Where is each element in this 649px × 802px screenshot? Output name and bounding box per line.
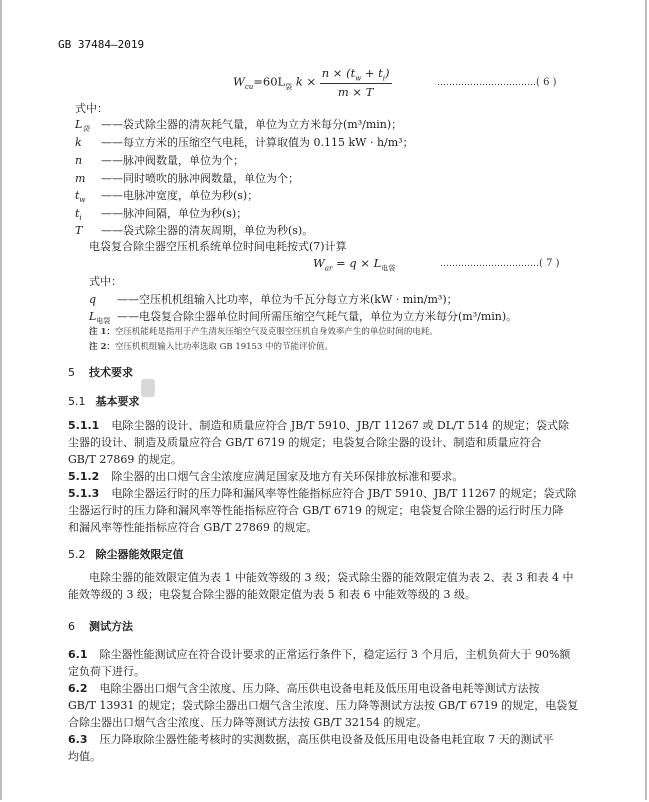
clause-6-1-line: 定负荷下进行。 (68, 665, 145, 679)
clause-6-2-line: 合除尘器出口烟气含尘浓度、压力降等测试方法按 GB/T 32154 的规定。 (68, 716, 427, 730)
symbol: n (75, 154, 101, 168)
note-1: 注 1：空压机能耗是指用于产生清灰压缩空气及克服空压机自身效率产生的单位时间的电… (89, 327, 438, 338)
formula-7-number: ( 7 ) (539, 258, 560, 269)
num-end: ) (385, 66, 390, 80)
formula-6-leader: ……………………………( 6 ) (437, 77, 557, 88)
symbol: tw (75, 189, 101, 207)
where-item: n——脉冲阀数量，单位为个； (75, 154, 244, 168)
definition: ——袋式除尘器的清灰周期，单位为秒(s)。 (101, 224, 313, 237)
where-item: L电袋——电袋复合除尘器单位时间所需压缩空气耗气量，单位为立方米每分(m³/mi… (89, 310, 517, 328)
num-a: n × (t (322, 66, 355, 80)
formula-7: War = q × L电袋 (313, 256, 395, 273)
where-item: k——每立方米的压缩空气电耗，计算取值为 0.115 kW · h/m³； (75, 136, 414, 150)
formula-6-number: ( 6 ) (536, 77, 557, 88)
formula-6-numerator: n × (tw + ti) (320, 66, 392, 84)
section-5-1-heading: 5.1基本要求 (68, 393, 140, 409)
num-mid: + t (361, 66, 383, 80)
clause-6-2-line: 6.2电除尘器出口烟气含尘浓度、压力降、高压供电设备电耗及低压用电设备电耗等测试… (68, 682, 540, 696)
formula-7-leader: ……………………………( 7 ) (440, 258, 560, 269)
definition: ——同时喷吹的脉冲阀数量，单位为个； (101, 172, 299, 185)
note-text: 空压机机组输入比功率选取 GB 19153 中的节能评价值。 (115, 342, 333, 352)
where-item: m——同时喷吹的脉冲阀数量，单位为个； (75, 172, 299, 186)
clause-5-1-1-line: GB/T 27869 的规定。 (68, 453, 182, 467)
symbol: q (89, 293, 117, 307)
where-item: q——空压机机组输入比功率，单位为千瓦分每立方米(kW · min/m³)； (89, 293, 458, 307)
clause-6-2-line: GB/T 13931 的规定；袋式除尘器出口烟气含尘浓度、压力降等测试方法按 G… (68, 699, 578, 713)
note-text: 空压机能耗是指用于产生清灰压缩空气及克服空压机自身效率产生的单位时间的电耗。 (115, 327, 438, 337)
note-label: 注 2： (89, 342, 115, 352)
formula-6: Wcu=60L袋 k × n × (tw + ti) m × T (233, 66, 392, 99)
symbol: ti (75, 207, 101, 225)
standard-code: GB 37484—2019 (58, 38, 144, 51)
where-label-2: 式中： (89, 275, 122, 289)
formula-7-intro: 电袋复合除尘器空压机系统单位时间电耗按式(7)计算 (89, 240, 347, 254)
where-label-1: 式中： (75, 102, 108, 116)
note-label: 注 1： (89, 327, 115, 337)
definition: ——电袋复合除尘器单位时间所需压缩空气耗气量，单位为立方米每分(m³/min)。 (117, 310, 517, 323)
formula-6-lhs: W (233, 75, 245, 89)
section-5-2-line: 电除尘器的能效限定值为表 1 中能效等级的 3 级；袋式除尘器的能效限定值为表 … (89, 571, 573, 585)
note-2: 注 2：空压机机组输入比功率选取 GB 19153 中的节能评价值。 (89, 342, 333, 353)
formula-7-rhs-sub: 电袋 (381, 264, 395, 272)
definition: ——脉冲阀数量，单位为个； (101, 154, 244, 167)
symbol: T (75, 224, 101, 238)
where-item: L袋——袋式除尘器的清灰耗气量，单位为立方米每分(m³/min)； (75, 118, 402, 136)
formula-6-fraction: n × (tw + ti) m × T (320, 66, 392, 99)
where-item: tw——电脉冲宽度，单位为秒(s)； (75, 189, 258, 207)
formula-7-lhs: W (313, 256, 325, 270)
formula-6-middle: =60L (253, 75, 285, 89)
clause-5-1-1-line: 5.1.1电除尘器的设计、制造和质量应符合 JB/T 5910、JB/T 112… (68, 419, 569, 433)
formula-7-rhs: = q × L (332, 256, 381, 270)
formula-6-k: k × (292, 75, 316, 89)
formula-6-denominator: m × T (320, 84, 392, 99)
section-5-heading: 5技术要求 (68, 364, 133, 380)
clause-5-1-2-line: 5.1.2除尘器的出口烟气含尘浓度应满足国家及地方有关环保排放标准和要求。 (68, 470, 463, 484)
clause-6-3-line: 均值。 (68, 750, 101, 764)
formula-6-lhs-sub: cu (245, 83, 253, 91)
definition: ——每立方米的压缩空气电耗，计算取值为 0.115 kW · h/m³； (101, 136, 414, 149)
clause-6-1-line: 6.1除尘器性能测试应在符合设计要求的正常运行条件下，稳定运行 3 个月后，主机… (68, 648, 570, 662)
gray-marker (141, 379, 155, 397)
clause-5-1-3-line: 5.1.3电除尘器运行时的压力降和漏风率等性能指标应符合 JB/T 5910、J… (68, 487, 576, 501)
where-item: ti——脉冲间隔，单位为秒(s)； (75, 207, 247, 225)
symbol: L袋 (75, 118, 101, 136)
leader-dots: …………………………… (440, 259, 539, 269)
section-5-2-line: 能效等级的 3 级；电袋复合除尘器的能效限定值为表 5 和表 6 中能效等级的 … (68, 588, 476, 602)
clause-5-1-3-line: 和漏风率等性能指标应符合 GB/T 27869 的规定。 (68, 521, 317, 535)
definition: ——电脉冲宽度，单位为秒(s)； (101, 189, 258, 202)
section-5-2-heading: 5.2除尘器能效限定值 (68, 546, 184, 562)
definition: ——袋式除尘器的清灰耗气量，单位为立方米每分(m³/min)； (101, 118, 402, 131)
symbol: L电袋 (89, 310, 117, 328)
where-item: T——袋式除尘器的清灰周期，单位为秒(s)。 (75, 224, 313, 238)
clause-5-1-1-line: 尘器的设计、制造及质量应符合 GB/T 6719 的规定；电袋复合除尘器的设计、… (68, 436, 541, 450)
leader-dots: …………………………… (437, 78, 536, 88)
symbol: m (75, 172, 101, 186)
clause-5-1-3-line: 尘器运行时的压力降和漏风率等性能指标应符合 GB/T 6719 的规定；电袋复合… (68, 504, 563, 518)
section-6-heading: 6测试方法 (68, 618, 133, 634)
clause-6-3-line: 6.3压力降取除尘器性能考核时的实测数据，高压供电设备及低压用电设备电耗宜取 7… (68, 733, 554, 747)
definition: ——脉冲间隔，单位为秒(s)； (101, 207, 247, 220)
definition: ——空压机机组输入比功率，单位为千瓦分每立方米(kW · min/m³)； (117, 293, 458, 306)
symbol: k (75, 136, 101, 150)
